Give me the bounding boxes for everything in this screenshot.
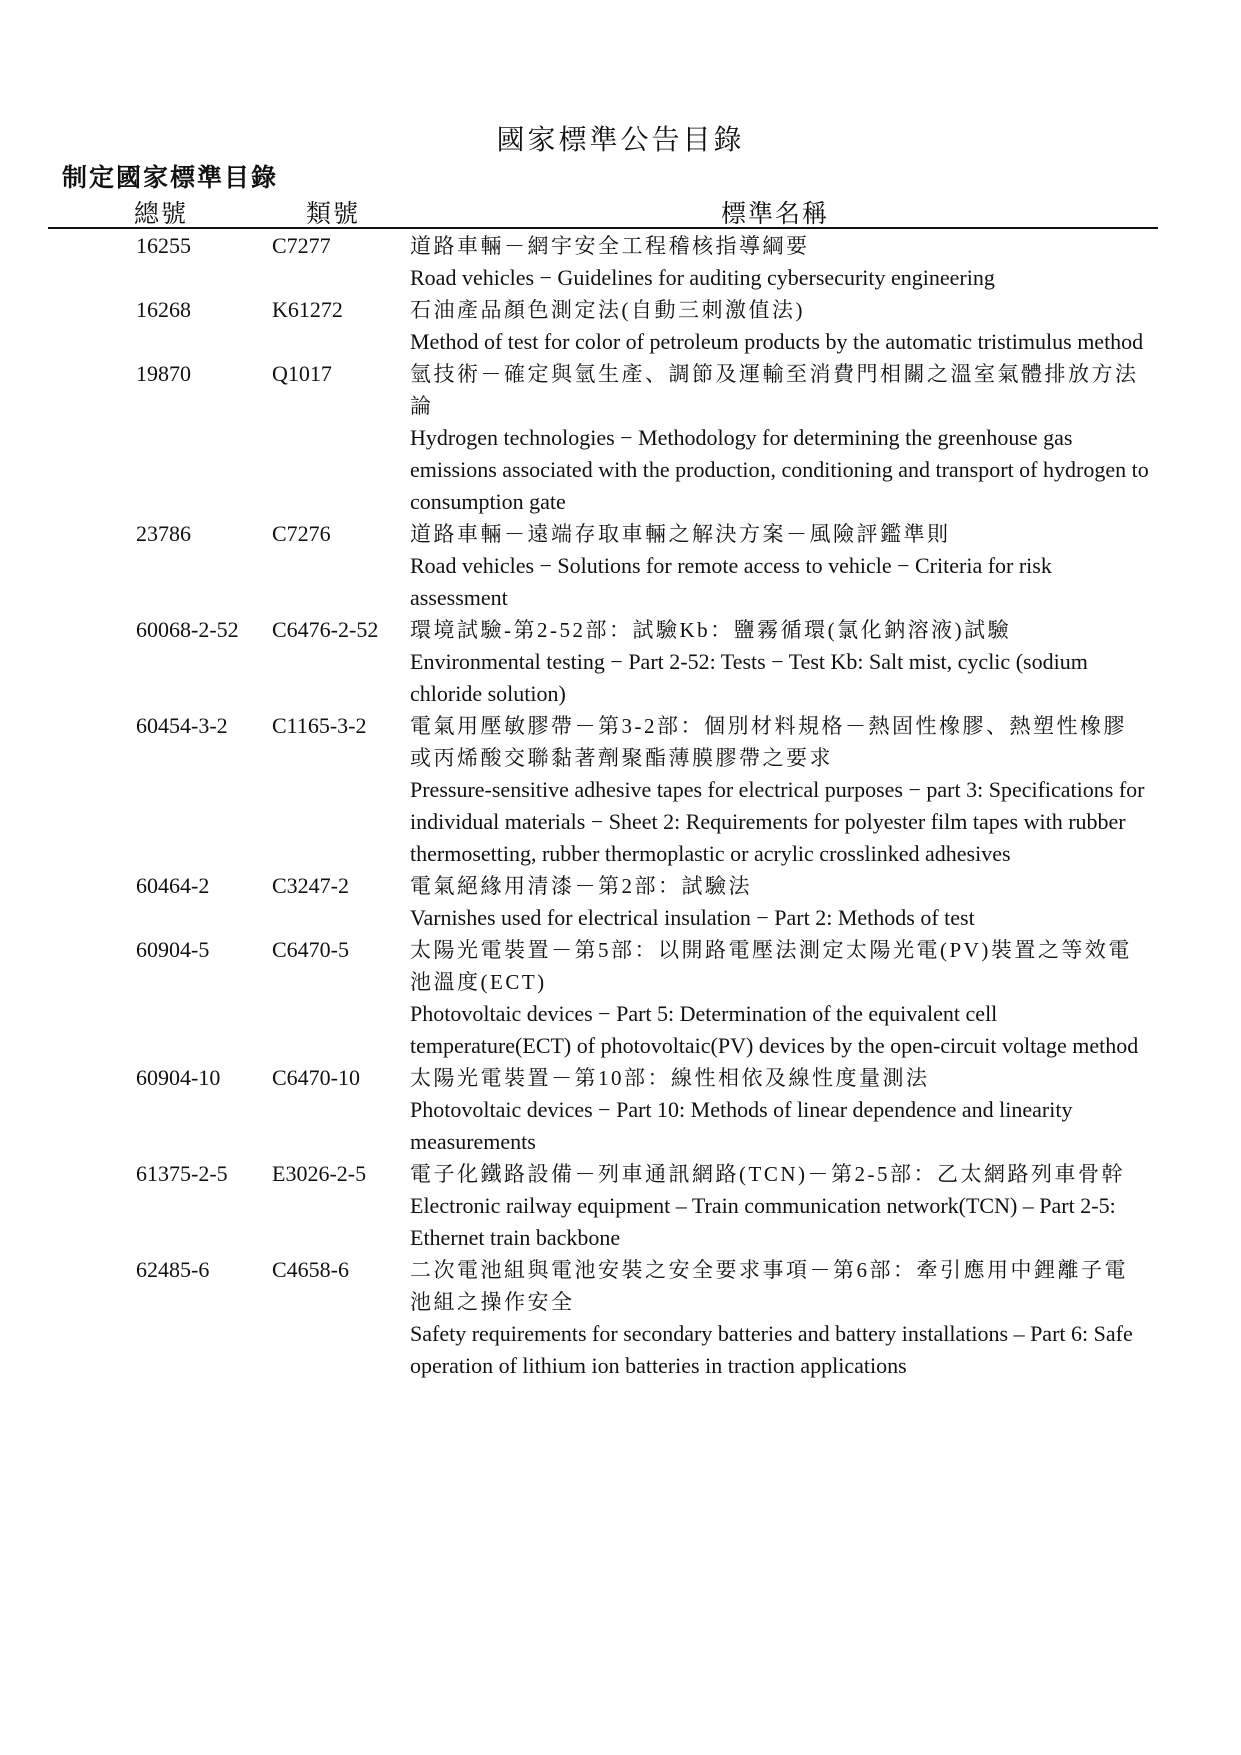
- table-header: 總號 類號 標準名稱: [48, 192, 1158, 229]
- class-no: C3247-2: [272, 870, 349, 902]
- name-chinese: 電子化鐵路設備－列車通訊網路(TCN)－第2-5部：乙太網路列車骨幹: [410, 1158, 1150, 1190]
- name-chinese: 環境試驗-第2-52部：試驗Kb：鹽霧循環(氯化鈉溶液)試驗: [410, 614, 1150, 646]
- table-row: 60904-10C6470-10太陽光電裝置－第10部：線性相依及線性度量測法P…: [0, 1062, 1241, 1158]
- total-no: 19870: [136, 358, 191, 390]
- name-english: Photovoltaic devices − Part 10: Methods …: [410, 1094, 1150, 1158]
- name-chinese: 道路車輛－網宇安全工程稽核指導綱要: [410, 230, 1150, 262]
- name-english: Varnishes used for electrical insulation…: [410, 902, 1150, 934]
- name-chinese: 太陽光電裝置－第10部：線性相依及線性度量測法: [410, 1062, 1150, 1094]
- standard-name: 太陽光電裝置－第5部：以開路電壓法測定太陽光電(PV)裝置之等效電池溫度(ECT…: [410, 934, 1150, 1062]
- class-no: C4658-6: [272, 1254, 349, 1286]
- standard-name: 道路車輛－網宇安全工程稽核指導綱要Road vehicles − Guideli…: [410, 230, 1150, 294]
- name-chinese: 電氣用壓敏膠帶－第3-2部：個別材料規格－熱固性橡膠、熱塑性橡膠或丙烯酸交聯黏著…: [410, 710, 1150, 774]
- name-english: Road vehicles − Guidelines for auditing …: [410, 262, 1150, 294]
- table-row: 60454-3-2C1165-3-2電氣用壓敏膠帶－第3-2部：個別材料規格－熱…: [0, 710, 1241, 870]
- total-no: 60904-5: [136, 934, 209, 966]
- total-no: 16268: [136, 294, 191, 326]
- class-no: Q1017: [272, 358, 332, 390]
- table-row: 16255C7277道路車輛－網宇安全工程稽核指導綱要Road vehicles…: [0, 230, 1241, 294]
- name-english: Pressure-sensitive adhesive tapes for el…: [410, 774, 1150, 870]
- standard-name: 電氣用壓敏膠帶－第3-2部：個別材料規格－熱固性橡膠、熱塑性橡膠或丙烯酸交聯黏著…: [410, 710, 1150, 870]
- name-chinese: 太陽光電裝置－第5部：以開路電壓法測定太陽光電(PV)裝置之等效電池溫度(ECT…: [410, 934, 1150, 998]
- standard-name: 太陽光電裝置－第10部：線性相依及線性度量測法Photovoltaic devi…: [410, 1062, 1150, 1158]
- table-row: 62485-6C4658-6二次電池組與電池安裝之安全要求事項－第6部：牽引應用…: [0, 1254, 1241, 1382]
- standard-name: 電氣絕緣用清漆－第2部：試驗法Varnishes used for electr…: [410, 870, 1150, 934]
- name-english: Environmental testing − Part 2-52: Tests…: [410, 646, 1150, 710]
- name-chinese: 氫技術－確定與氫生產、調節及運輸至消費門相關之溫室氣體排放方法論: [410, 358, 1150, 422]
- name-english: Hydrogen technologies − Methodology for …: [410, 422, 1150, 518]
- table-row: 19870Q1017氫技術－確定與氫生產、調節及運輸至消費門相關之溫室氣體排放方…: [0, 358, 1241, 518]
- standard-name: 石油產品顏色測定法(自動三刺激值法)Method of test for col…: [410, 294, 1150, 358]
- class-no: C7277: [272, 230, 331, 262]
- total-no: 62485-6: [136, 1254, 209, 1286]
- total-no: 16255: [136, 230, 191, 262]
- name-chinese: 電氣絕緣用清漆－第2部：試驗法: [410, 870, 1150, 902]
- name-english: Safety requirements for secondary batter…: [410, 1318, 1150, 1382]
- total-no: 61375-2-5: [136, 1158, 228, 1190]
- name-english: Photovoltaic devices − Part 5: Determina…: [410, 998, 1150, 1062]
- total-no: 60464-2: [136, 870, 209, 902]
- standard-name: 二次電池組與電池安裝之安全要求事項－第6部：牽引應用中鋰離子電池組之操作安全Sa…: [410, 1254, 1150, 1382]
- class-no: C6470-10: [272, 1062, 360, 1094]
- class-no: C6476-2-52: [272, 614, 378, 646]
- standard-name: 電子化鐵路設備－列車通訊網路(TCN)－第2-5部：乙太網路列車骨幹Electr…: [410, 1158, 1150, 1254]
- table-row: 60904-5C6470-5太陽光電裝置－第5部：以開路電壓法測定太陽光電(PV…: [0, 934, 1241, 1062]
- name-chinese: 二次電池組與電池安裝之安全要求事項－第6部：牽引應用中鋰離子電池組之操作安全: [410, 1254, 1150, 1318]
- class-no: C1165-3-2: [272, 710, 367, 742]
- name-english: Road vehicles − Solutions for remote acc…: [410, 550, 1150, 614]
- table-row: 60068-2-52C6476-2-52環境試驗-第2-52部：試驗Kb：鹽霧循…: [0, 614, 1241, 710]
- standard-name: 道路車輛－遠端存取車輛之解決方案－風險評鑑準則Road vehicles − S…: [410, 518, 1150, 614]
- column-header-total-no: 總號: [134, 194, 188, 230]
- class-no: C6470-5: [272, 934, 349, 966]
- total-no: 60454-3-2: [136, 710, 228, 742]
- name-english: Method of test for color of petroleum pr…: [410, 326, 1150, 358]
- column-header-class-no: 類號: [306, 194, 360, 230]
- total-no: 60904-10: [136, 1062, 220, 1094]
- class-no: C7276: [272, 518, 331, 550]
- table-row: 61375-2-5E3026-2-5電子化鐵路設備－列車通訊網路(TCN)－第2…: [0, 1158, 1241, 1254]
- standard-name: 環境試驗-第2-52部：試驗Kb：鹽霧循環(氯化鈉溶液)試驗Environmen…: [410, 614, 1150, 710]
- class-no: E3026-2-5: [272, 1158, 366, 1190]
- table-row: 60464-2C3247-2電氣絕緣用清漆－第2部：試驗法Varnishes u…: [0, 870, 1241, 934]
- table-row: 23786C7276道路車輛－遠端存取車輛之解決方案－風險評鑑準則Road ve…: [0, 518, 1241, 614]
- section-title: 制定國家標準目錄: [62, 158, 278, 194]
- name-english: Electronic railway equipment – Train com…: [410, 1190, 1150, 1254]
- table-row: 16268K61272石油產品顏色測定法(自動三刺激值法)Method of t…: [0, 294, 1241, 358]
- name-chinese: 石油產品顏色測定法(自動三刺激值法): [410, 294, 1150, 326]
- total-no: 23786: [136, 518, 191, 550]
- column-header-name: 標準名稱: [721, 194, 829, 230]
- standard-name: 氫技術－確定與氫生產、調節及運輸至消費門相關之溫室氣體排放方法論Hydrogen…: [410, 358, 1150, 518]
- name-chinese: 道路車輛－遠端存取車輛之解決方案－風險評鑑準則: [410, 518, 1150, 550]
- standards-table: 16255C7277道路車輛－網宇安全工程稽核指導綱要Road vehicles…: [0, 230, 1241, 1382]
- class-no: K61272: [272, 294, 343, 326]
- total-no: 60068-2-52: [136, 614, 239, 646]
- document-title: 國家標準公告目錄: [0, 118, 1241, 158]
